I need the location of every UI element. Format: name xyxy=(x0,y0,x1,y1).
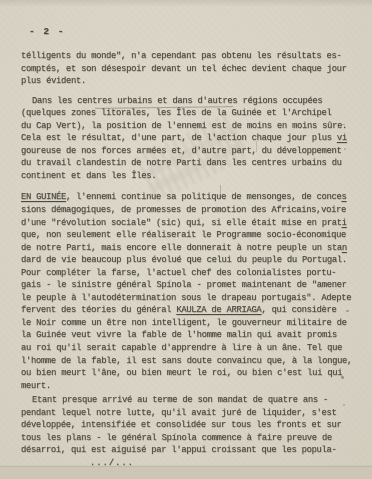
scan-speck xyxy=(343,404,345,406)
scan-edge-shadow-top xyxy=(0,0,372,7)
page-number: - 2 - xyxy=(29,26,65,37)
scan-speck xyxy=(341,376,344,379)
paragraph-4: Etant presque arrivé au terme de son man… xyxy=(21,394,361,457)
scan-speck xyxy=(342,124,345,125)
scanned-document-page: - 2 - télligents du monde", n'a cependan… xyxy=(0,0,372,479)
scan-artifact-line xyxy=(256,141,257,152)
scan-edge-shadow-bottom xyxy=(0,467,372,479)
scan-artifact-line xyxy=(220,185,221,199)
paragraph-1: télligents du monde", n'a cependant pas … xyxy=(21,50,361,88)
scan-speck xyxy=(346,310,349,312)
document-text: télligents du monde", n'a cependant pas … xyxy=(21,50,361,457)
document-body: télligents du monde", n'a cependant pas … xyxy=(21,50,361,470)
paragraph-3: EN GUINÉE, l'ennemi continue sa politiqu… xyxy=(21,191,361,392)
paragraph-2: Dans les centres urbains et dans d'autre… xyxy=(21,95,361,183)
scan-speck xyxy=(344,148,346,150)
